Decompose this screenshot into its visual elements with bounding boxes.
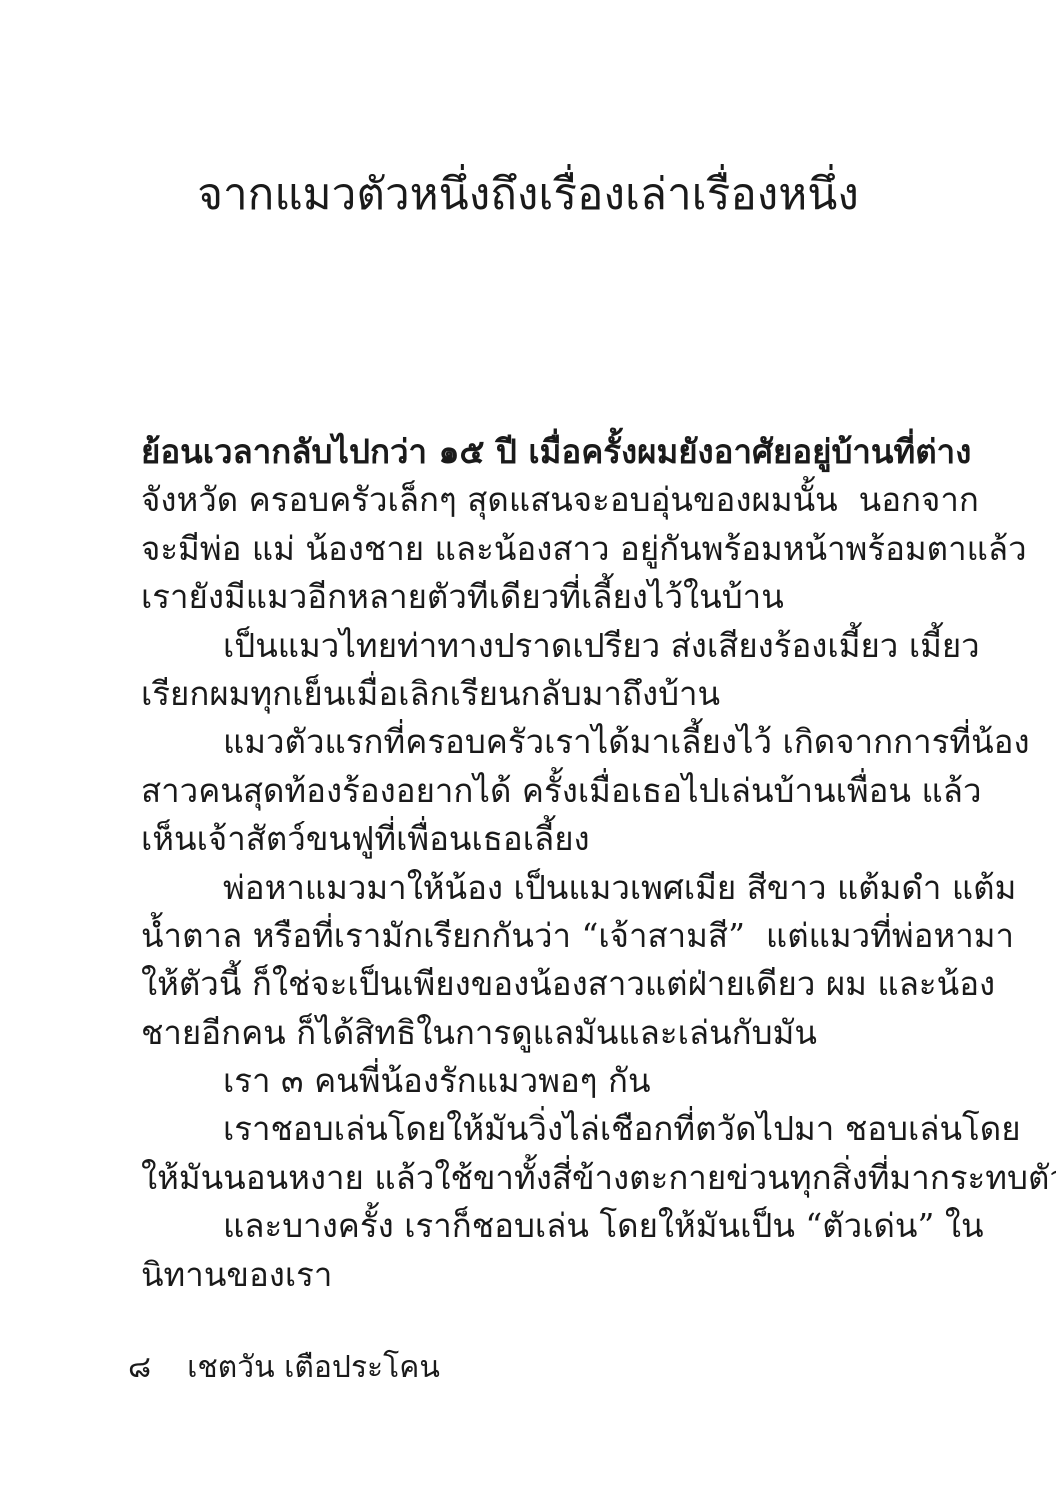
paragraph-line: และบางครั้ง เราก็ชอบเล่น โดยให้มันเป็น “… — [141, 1202, 921, 1250]
paragraph-line: เห็นเจ้าสัตว์ขนฟูที่เพื่อนเธอเลี้ยง — [141, 815, 921, 863]
paragraph-line: สาวคนสุดท้องร้องอยากได้ ครั้งเมื่อเธอไปเ… — [141, 767, 921, 815]
page-number: ๘ — [128, 1344, 151, 1392]
book-page: จากแมวตัวหนึ่งถึงเรื่องเล่าเรื่องหนึ่ง ย… — [0, 0, 1056, 1504]
paragraph-line: น้ำตาล หรือที่เรามักเรียกกันว่า “เจ้าสาม… — [141, 912, 921, 960]
paragraph-line: เรา ๓ คนพี่น้องรักแมวพอๆ กัน — [141, 1057, 921, 1105]
paragraph-line: พ่อหาแมวมาให้น้อง เป็นแมวเพศเมีย สีขาว แ… — [141, 864, 921, 912]
author-name: เชตวัน เตือประโคน — [187, 1344, 440, 1392]
paragraph-line: แมวตัวแรกที่ครอบครัวเราได้มาเลี้ยงไว้ เก… — [141, 718, 921, 766]
paragraph-line: เรายังมีแมวอีกหลายตัวทีเดียวที่เลี้ยงไว้… — [141, 573, 921, 621]
paragraph-line: ให้ตัวนี้ ก็ใช่จะเป็นเพียงของน้องสาวแต่ฝ… — [141, 960, 921, 1008]
paragraph-line: จังหวัด ครอบครัวเล็กๆ สุดแสนจะอบอุ่นของผ… — [141, 476, 921, 524]
paragraph-line: ให้มันนอนหงาย แล้วใช้ขาทั้งสี่ข้างตะกายข… — [141, 1154, 921, 1202]
paragraph-line: เราชอบเล่นโดยให้มันวิ่งไล่เชือกที่ตวัดไป… — [141, 1105, 921, 1153]
body-text: ย้อนเวลากลับไปกว่า ๑๕ ปี เมื่อครั้งผมยัง… — [141, 428, 921, 1299]
page-footer: ๘ เชตวัน เตือประโคน — [128, 1344, 440, 1392]
chapter-title: จากแมวตัวหนึ่งถึงเรื่องเล่าเรื่องหนึ่ง — [0, 162, 1056, 228]
paragraph-line: นิทานของเรา — [141, 1251, 921, 1299]
paragraph-line: ชายอีกคน ก็ได้สิทธิในการดูแลมันและเล่นกั… — [141, 1009, 921, 1057]
paragraph-line: จะมีพ่อ แม่ น้องชาย และน้องสาว อยู่กันพร… — [141, 525, 921, 573]
paragraph-line: เป็นแมวไทยท่าทางปราดเปรียว ส่งเสียงร้องเ… — [141, 622, 921, 670]
paragraph-line: ย้อนเวลากลับไปกว่า ๑๕ ปี เมื่อครั้งผมยัง… — [141, 428, 921, 476]
paragraph-line: เรียกผมทุกเย็นเมื่อเลิกเรียนกลับมาถึงบ้า… — [141, 670, 921, 718]
